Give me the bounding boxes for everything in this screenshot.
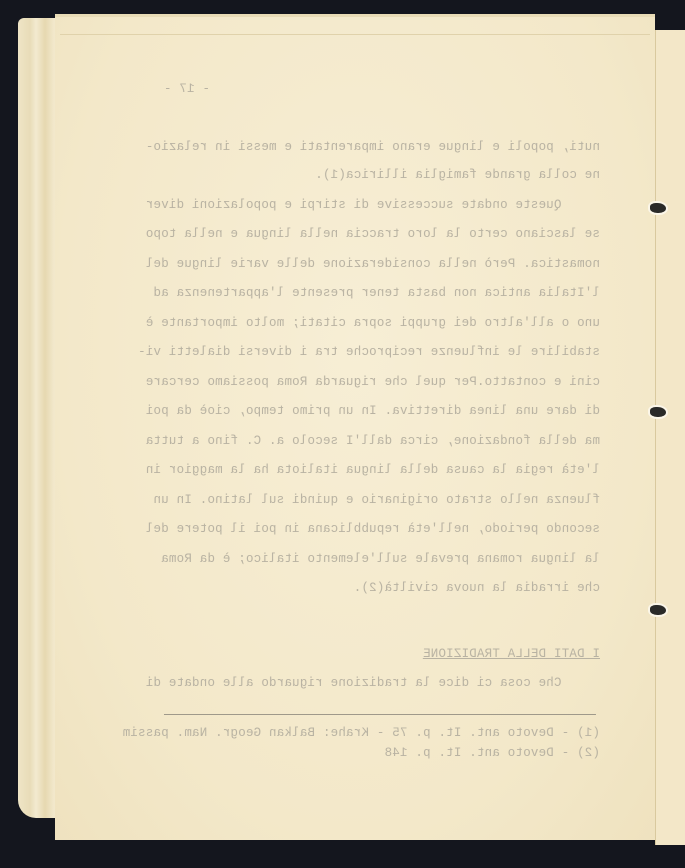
body-line: che irradia la nuova civiltà(2). bbox=[100, 581, 600, 595]
body-line: ne colla grande famiglia illirica(1). bbox=[100, 168, 600, 182]
punch-hole-icon bbox=[650, 203, 666, 213]
body-line: Queste ondate successive di stirpi e pop… bbox=[100, 198, 600, 212]
body-line: stabilire le influenze reciproche tra i … bbox=[100, 345, 600, 359]
punch-hole-icon bbox=[650, 605, 666, 615]
footnote: (2) - Devoto ant. It. p. 148 bbox=[100, 746, 600, 760]
body-line: secondo periodo, nell'età repubblicana i… bbox=[100, 522, 600, 536]
body-line: se lasciano certo la loro traccia nella … bbox=[100, 227, 600, 241]
document-page bbox=[55, 14, 655, 840]
body-line: uno o all'altro dei gruppi sopra citati;… bbox=[100, 316, 600, 330]
body-line: la lingua romana prevale sull'elemento i… bbox=[100, 552, 600, 566]
body-line: nomastica. Però nella considerazione del… bbox=[100, 257, 600, 271]
punch-hole-icon bbox=[650, 407, 666, 417]
page-number: - 17 - bbox=[0, 82, 210, 96]
body-line: fluenza nello strato originario e quindi… bbox=[100, 493, 600, 507]
body-line: l'Italia antica non basta tener presente… bbox=[100, 286, 600, 300]
body-line: ma della fondazione, circa dall'I secolo… bbox=[100, 434, 600, 448]
page-fold-line bbox=[60, 34, 650, 35]
body-line: cini e contatto.Per quel che riguarda Ro… bbox=[100, 375, 600, 389]
binding-leaf bbox=[655, 30, 685, 845]
body-line: nuti, popoli e lingue erano imparentati … bbox=[100, 140, 600, 154]
page-top-edge bbox=[55, 14, 655, 17]
section-first-line: Che cosa ci dice la tradizione riguardo … bbox=[100, 676, 600, 690]
footnote: (1) - Devoto ant. It. p. 75 - Krahe: Bal… bbox=[100, 726, 600, 740]
footnote-rule bbox=[164, 714, 596, 715]
section-heading: I DATI DELLA TRADIZIONE bbox=[100, 647, 600, 661]
body-line: di dare una linea direttiva. In un primo… bbox=[100, 404, 600, 418]
scanned-document: - 17 - nuti, popoli e lingue erano impar… bbox=[0, 0, 685, 868]
body-line: l'età regia la causa della lingua italio… bbox=[100, 463, 600, 477]
